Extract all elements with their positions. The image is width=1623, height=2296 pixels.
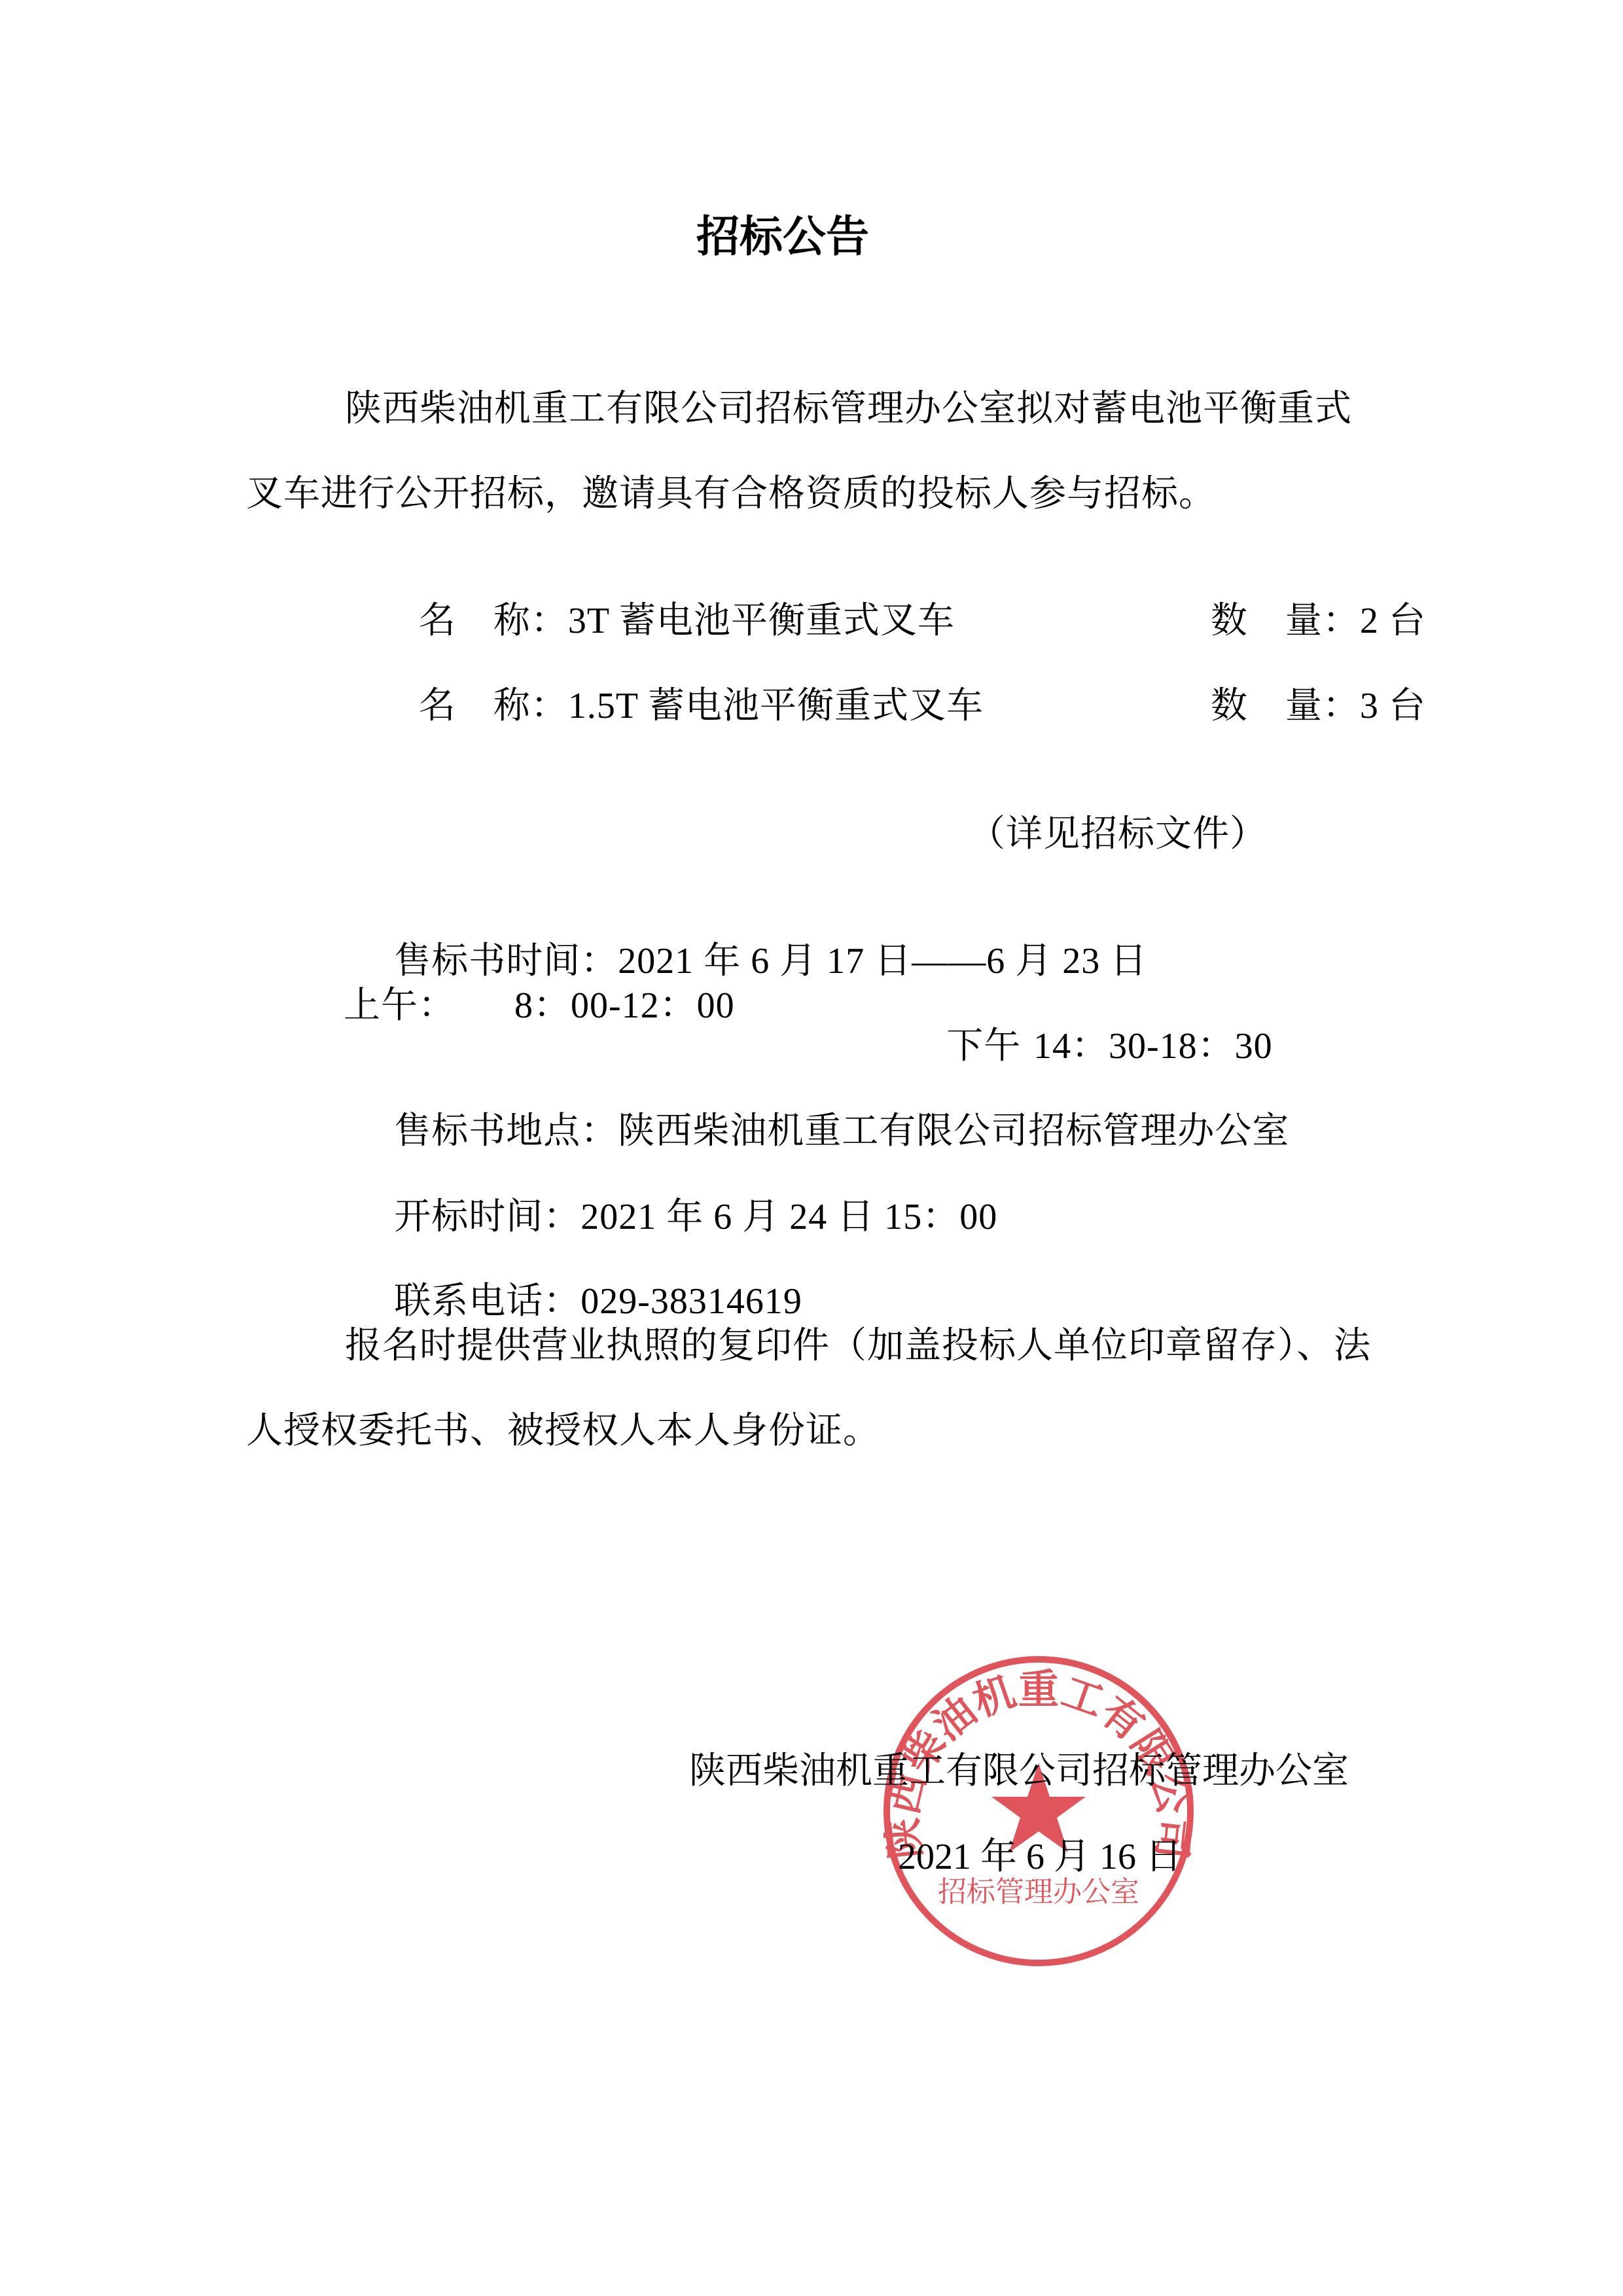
item-qty-label: 数 量： (1211, 684, 1360, 727)
official-seal-stamp: 陕西柴油机重工有限公司 招标管理办公室 (880, 1653, 1197, 1969)
issuer-signature: 陕西柴油机重工有限公司招标管理办公室 (689, 1751, 1349, 1792)
am-hours-value: 8：00-12：00 (514, 985, 735, 1026)
seal-bottom-text: 招标管理办公室 (938, 1875, 1139, 1909)
requirements-line-2: 人授权委托书、被授权人本人身份证。 (246, 1411, 880, 1451)
sale-place-label: 售标书地点： (394, 1110, 618, 1152)
pm-hours-label: 下午 (946, 1025, 1021, 1067)
opening-time-label: 开标时间： (394, 1195, 580, 1238)
item-name-value: 1.5T 蓄电池平衡重式叉车 (568, 686, 984, 726)
sale-time-value: 2021 年 6 月 17 日——6 月 23 日 (618, 941, 1147, 981)
item-name-label: 名 称： (419, 684, 568, 727)
item-name-label: 名 称： (419, 599, 568, 642)
opening-time-value: 2021 年 6 月 24 日 15：00 (580, 1197, 997, 1237)
item-qty: 数 量：3 台 (1137, 645, 1426, 767)
contact-phone-label: 联系电话： (394, 1280, 580, 1322)
page-title: 招标公告 (696, 211, 869, 263)
issue-date: 2021 年 6 月 16 日 (898, 1837, 1182, 1877)
am-hours-label: 上午： (344, 985, 455, 1026)
sale-time-label: 售标书时间： (394, 940, 618, 982)
contact-phone-value: 029-38314619 (580, 1281, 802, 1322)
requirements-line-1: 报名时提供营业执照的复印件（加盖投标人单位印章留存）、法 (345, 1326, 1371, 1366)
item-qty-value: 3 台 (1360, 686, 1426, 726)
sale-place-value: 陕西柴油机重工有限公司招标管理办公室 (618, 1110, 1289, 1152)
intro-line-1: 陕西柴油机重工有限公司招标管理办公室拟对蓄电池平衡重式 (345, 389, 1352, 429)
see-tender-docs-note: （详见招标文件） (969, 814, 1267, 855)
item-name-value: 3T 蓄电池平衡重式叉车 (568, 601, 955, 641)
pm-hours-value: 14：30-18：30 (1033, 1026, 1273, 1067)
item-qty-label: 数 量： (1211, 599, 1360, 642)
intro-line-2: 叉车进行公开招标，邀请具有合格资质的投标人参与招标。 (246, 474, 1216, 514)
item-qty-value: 2 台 (1360, 601, 1426, 641)
item-name: 名 称：1.5T 蓄电池平衡重式叉车 (345, 645, 984, 767)
